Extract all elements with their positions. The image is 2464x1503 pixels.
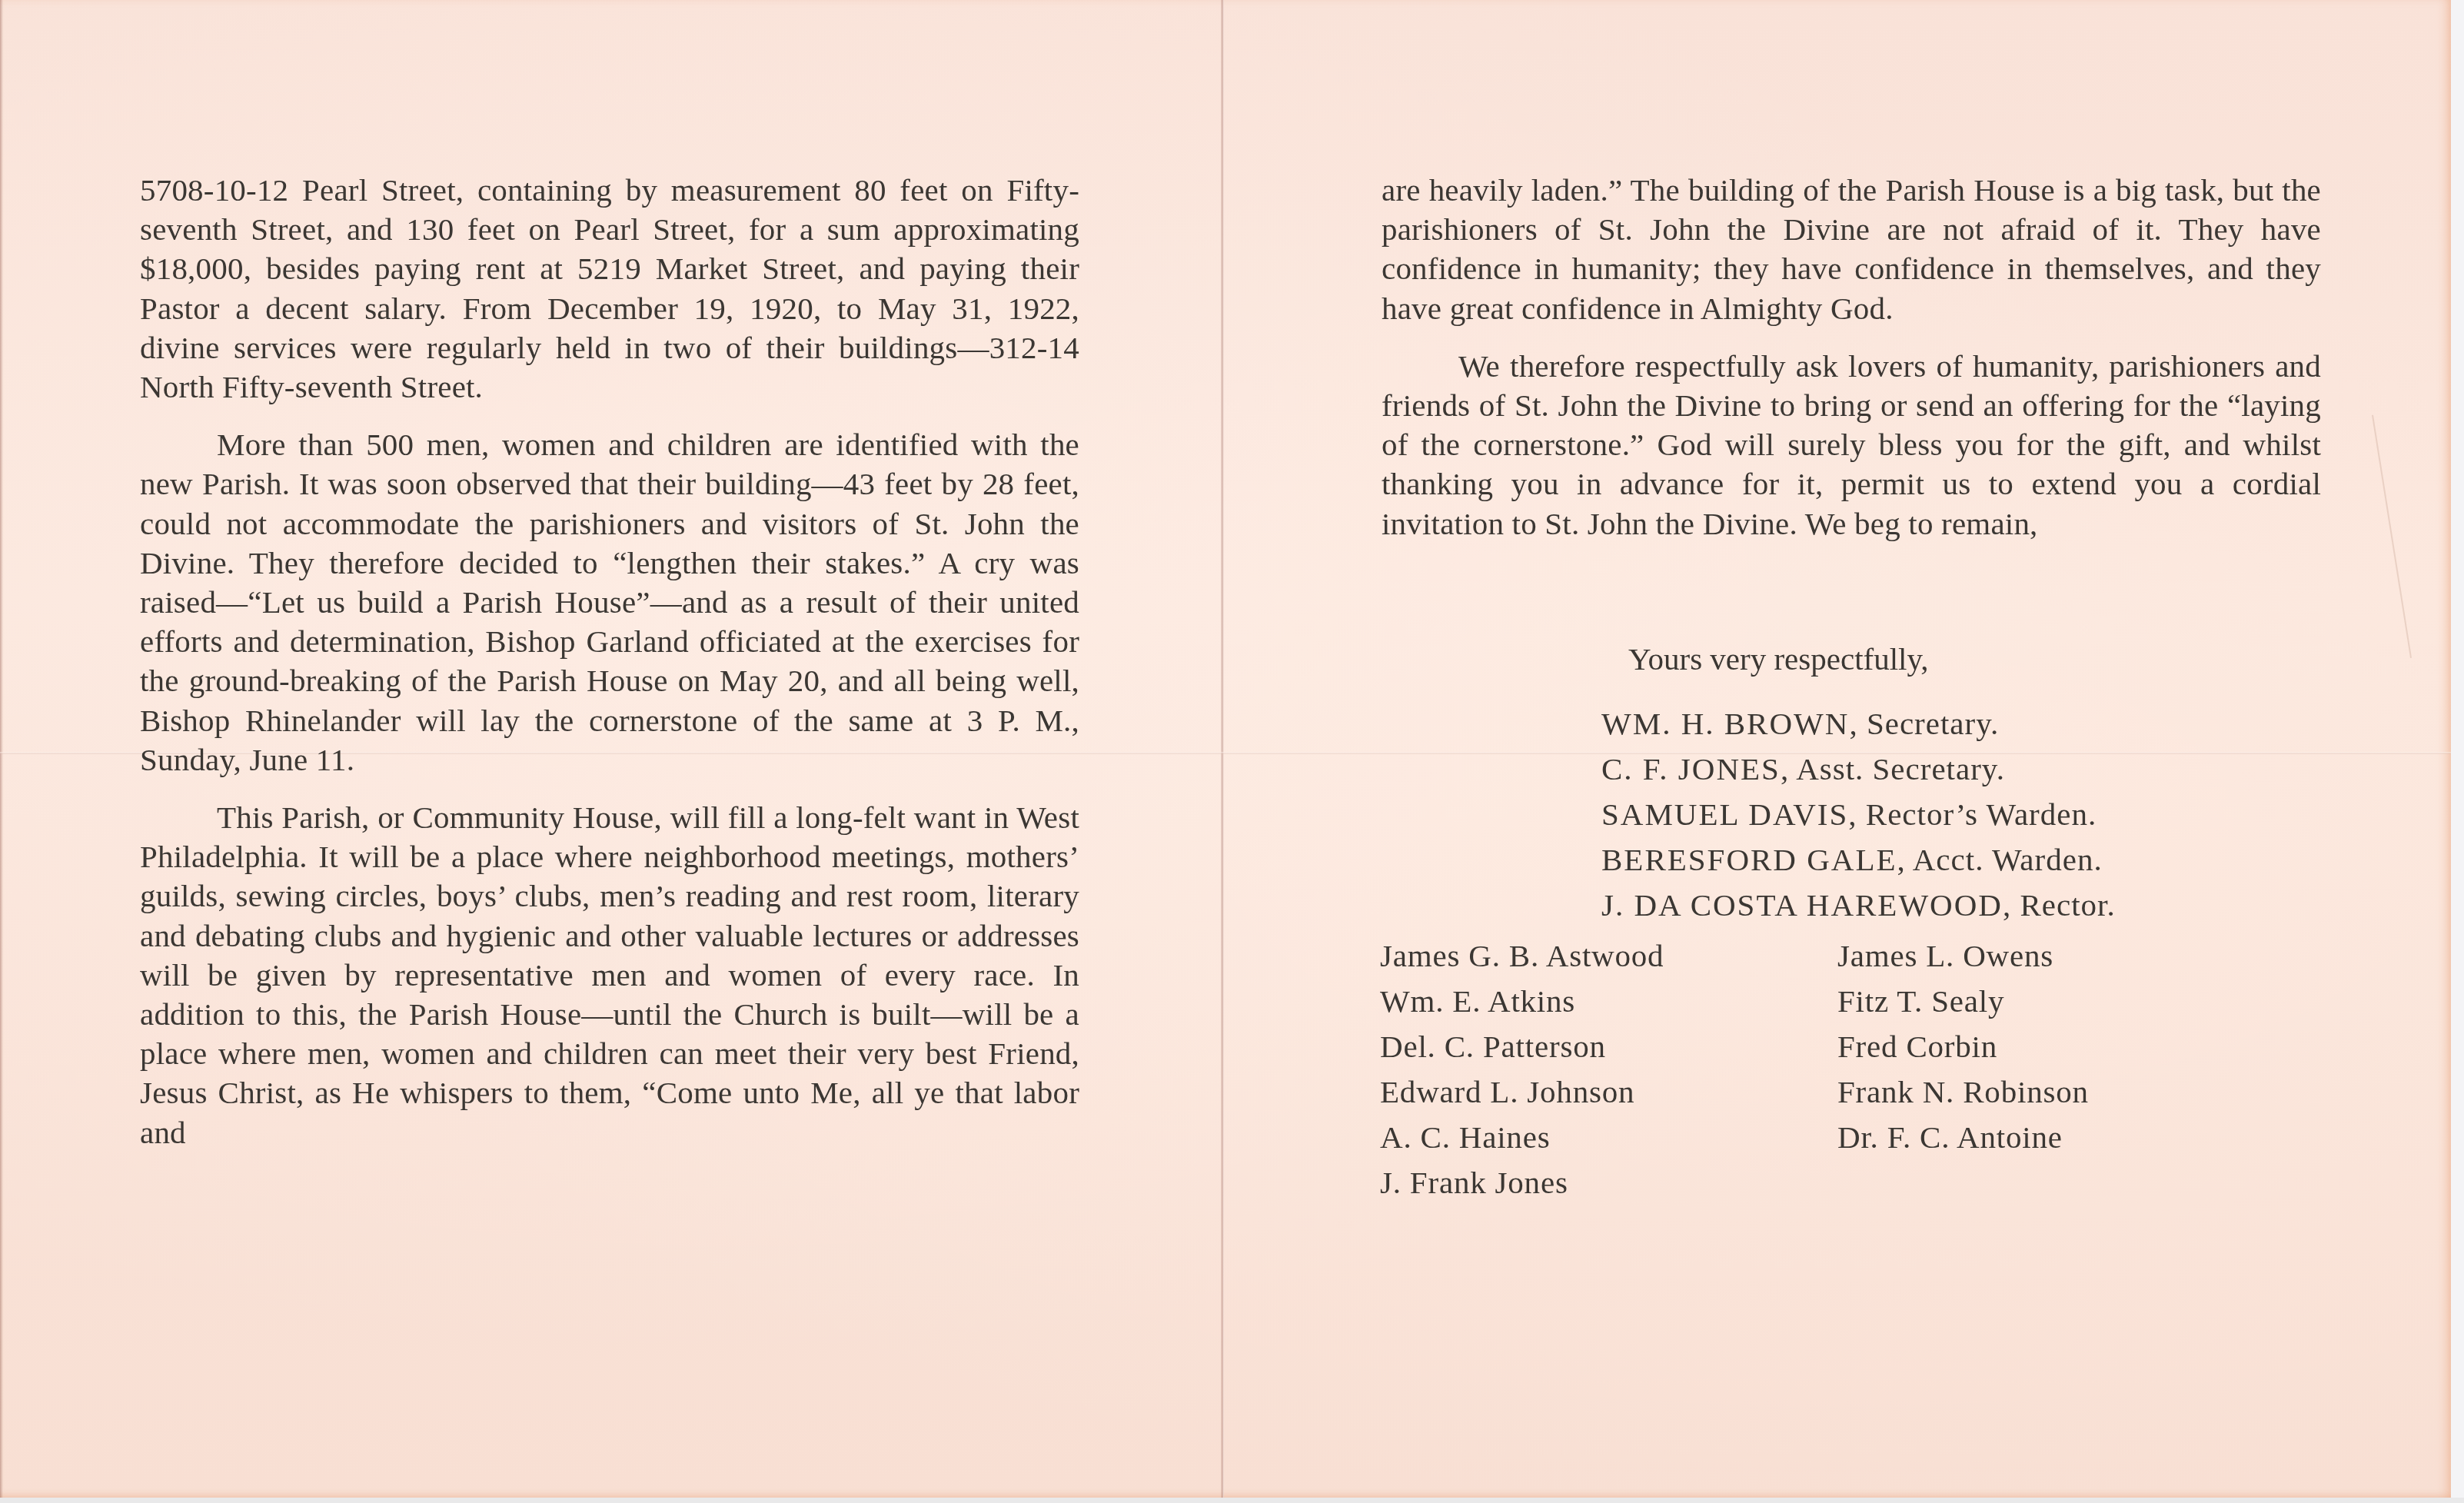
center-fold: [1221, 0, 1224, 1498]
paragraph-confidence: are heavily laden.” The building of the …: [1382, 171, 2321, 328]
paragraph-parish-growth: More than 500 men, women and children ar…: [140, 425, 1079, 780]
member-name: Fred Corbin: [1837, 1024, 2089, 1069]
members-list-column-2: James L. Owens Fitz T. Sealy Fred Corbin…: [1837, 933, 2089, 1160]
member-name: Del. C. Patterson: [1380, 1024, 1664, 1069]
officer-title: Asst. Secretary.: [1796, 751, 2005, 786]
member-name: James L. Owens: [1837, 933, 2089, 979]
officer-line: SAMUEL DAVIS, Rector’s Warden.: [1601, 792, 2116, 837]
officer-name: SAMUEL DAVIS: [1601, 796, 1848, 832]
member-name: J. Frank Jones: [1380, 1160, 1664, 1205]
officer-line: J. DA COSTA HAREWOOD, Rector.: [1601, 883, 2116, 928]
member-name: Fitz T. Sealy: [1837, 979, 2089, 1024]
member-name: Frank N. Robinson: [1837, 1069, 2089, 1115]
officer-name: J. DA COSTA HAREWOOD: [1601, 887, 2003, 923]
member-name: Edward L. Johnson: [1380, 1069, 1664, 1115]
scan-margin-right: [2451, 0, 2464, 1503]
officer-title: Rector.: [2020, 887, 2115, 923]
paper-left-edge: [0, 0, 3, 1498]
officer-line: WM. H. BROWN, Secretary.: [1601, 701, 2116, 747]
officer-title: Rector’s Warden.: [1866, 796, 2097, 832]
officer-title: Secretary.: [1867, 706, 1999, 741]
member-name: James G. B. Astwood: [1380, 933, 1664, 979]
paragraph-community-house: This Parish, or Community House, will fi…: [140, 798, 1079, 1152]
left-page-text: 5708-10-12 Pearl Street, containing by m…: [140, 171, 1079, 1152]
officer-line: BERESFORD GALE, Acct. Warden.: [1601, 837, 2116, 883]
member-name: Wm. E. Atkins: [1380, 979, 1664, 1024]
officer-title: Acct. Warden.: [1913, 842, 2103, 877]
member-name: Dr. F. C. Antoine: [1837, 1115, 2089, 1160]
paragraph-appeal: We therefore respectfully ask lovers of …: [1382, 347, 2321, 544]
officer-name: BERESFORD GALE: [1601, 842, 1897, 877]
members-list-column-1: James G. B. Astwood Wm. E. Atkins Del. C…: [1380, 933, 1664, 1205]
closing-salutation: Yours very respectfully,: [1628, 640, 1929, 679]
right-page-text: are heavily laden.” The building of the …: [1382, 171, 2321, 544]
member-name: A. C. Haines: [1380, 1115, 1664, 1160]
officer-name: WM. H. BROWN: [1601, 706, 1849, 741]
officers-signature-block: WM. H. BROWN, Secretary. C. F. JONES, As…: [1601, 701, 2116, 928]
paragraph-property: 5708-10-12 Pearl Street, containing by m…: [140, 171, 1079, 407]
officer-name: C. F. JONES: [1601, 751, 1781, 786]
officer-line: C. F. JONES, Asst. Secretary.: [1601, 747, 2116, 792]
scan-margin-bottom: [0, 1498, 2464, 1503]
